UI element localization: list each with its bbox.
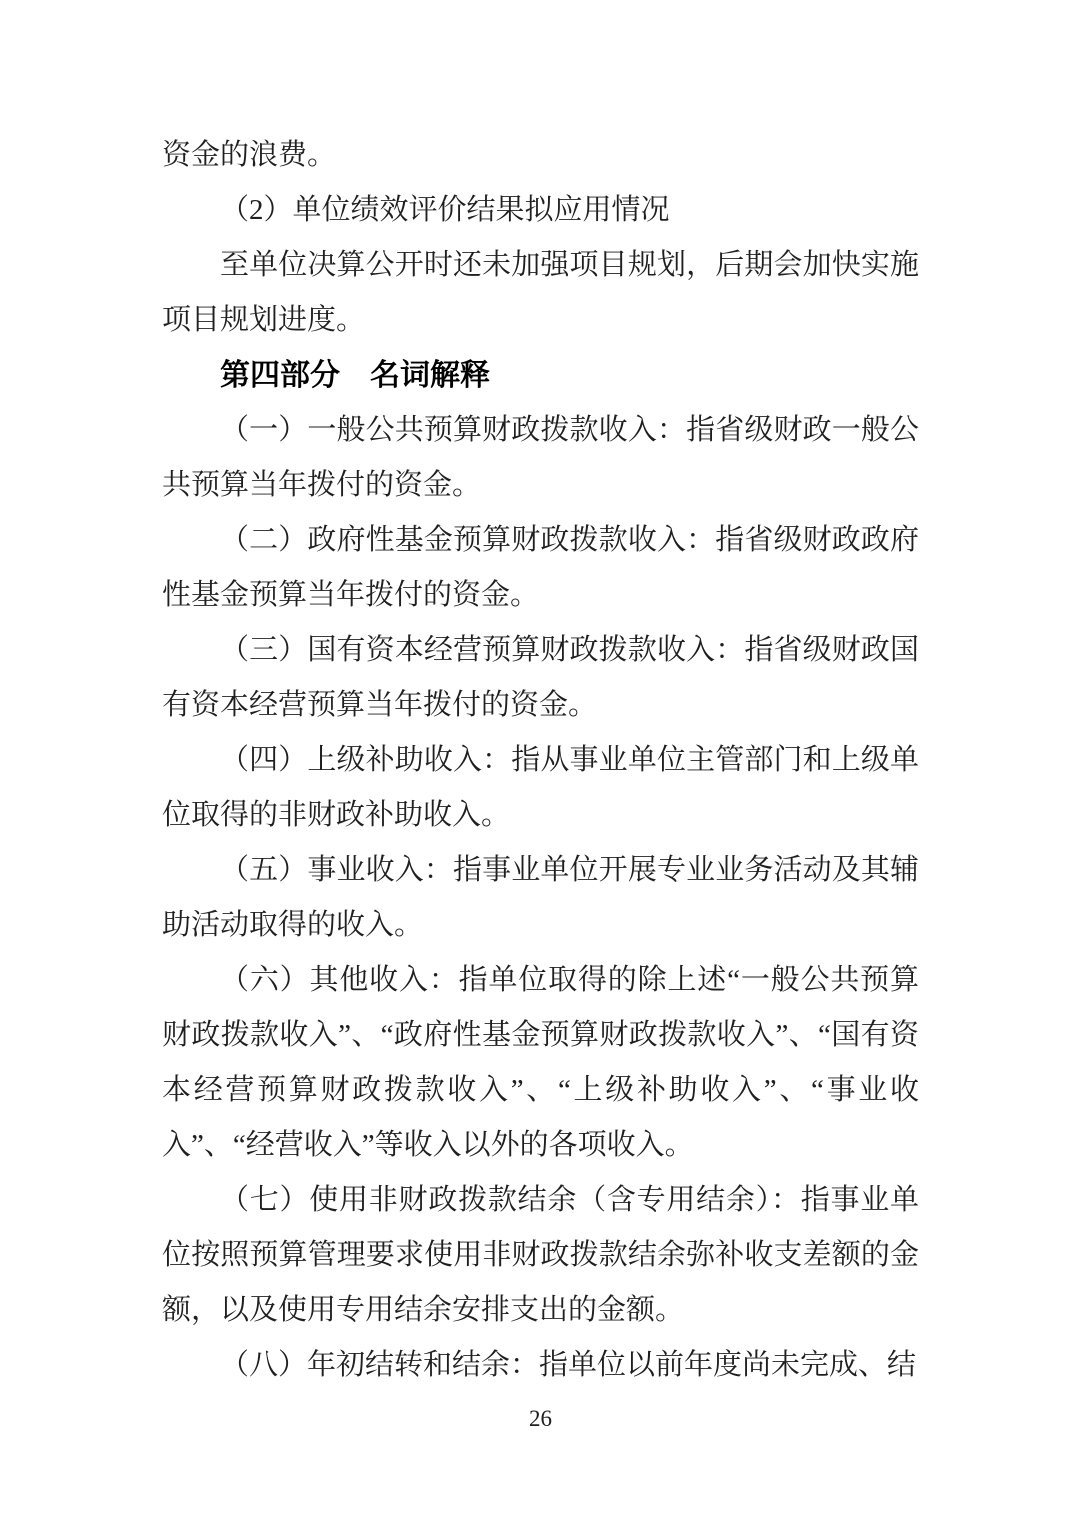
text-paragraph: （六）其他收入：指单位取得的除上述“一般公共预算财政拨款收入”、“政府性基金预算… [162, 953, 919, 1173]
page-content: 资金的浪费。 （2）单位绩效评价结果拟应用情况 至单位决算公开时还未加强项目规划… [162, 128, 919, 1393]
text-paragraph: （五）事业收入：指事业单位开展专业业务活动及其辅助活动取得的收入。 [162, 843, 919, 953]
text-paragraph: （四）上级补助收入：指从事业单位主管部门和上级单位取得的非财政补助收入。 [162, 733, 919, 843]
document-page: 资金的浪费。 （2）单位绩效评价结果拟应用情况 至单位决算公开时还未加强项目规划… [0, 0, 1074, 1520]
text-paragraph: 资金的浪费。 [162, 128, 919, 183]
section-heading: 第四部分 名词解释 [162, 348, 919, 403]
page-number: 26 [162, 1404, 919, 1434]
text-paragraph: （2）单位绩效评价结果拟应用情况 [162, 183, 919, 238]
text-paragraph: （七）使用非财政拨款结余（含专用结余）：指事业单位按照预算管理要求使用非财政拨款… [162, 1173, 919, 1338]
text-paragraph: （八）年初结转和结余：指单位以前年度尚未完成、结 [162, 1338, 919, 1393]
text-paragraph: （一）一般公共预算财政拨款收入：指省级财政一般公共预算当年拨付的资金。 [162, 403, 919, 513]
text-paragraph: （二）政府性基金预算财政拨款收入：指省级财政政府性基金预算当年拨付的资金。 [162, 513, 919, 623]
text-paragraph: （三）国有资本经营预算财政拨款收入：指省级财政国有资本经营预算当年拨付的资金。 [162, 623, 919, 733]
text-paragraph: 至单位决算公开时还未加强项目规划，后期会加快实施项目规划进度。 [162, 238, 919, 348]
